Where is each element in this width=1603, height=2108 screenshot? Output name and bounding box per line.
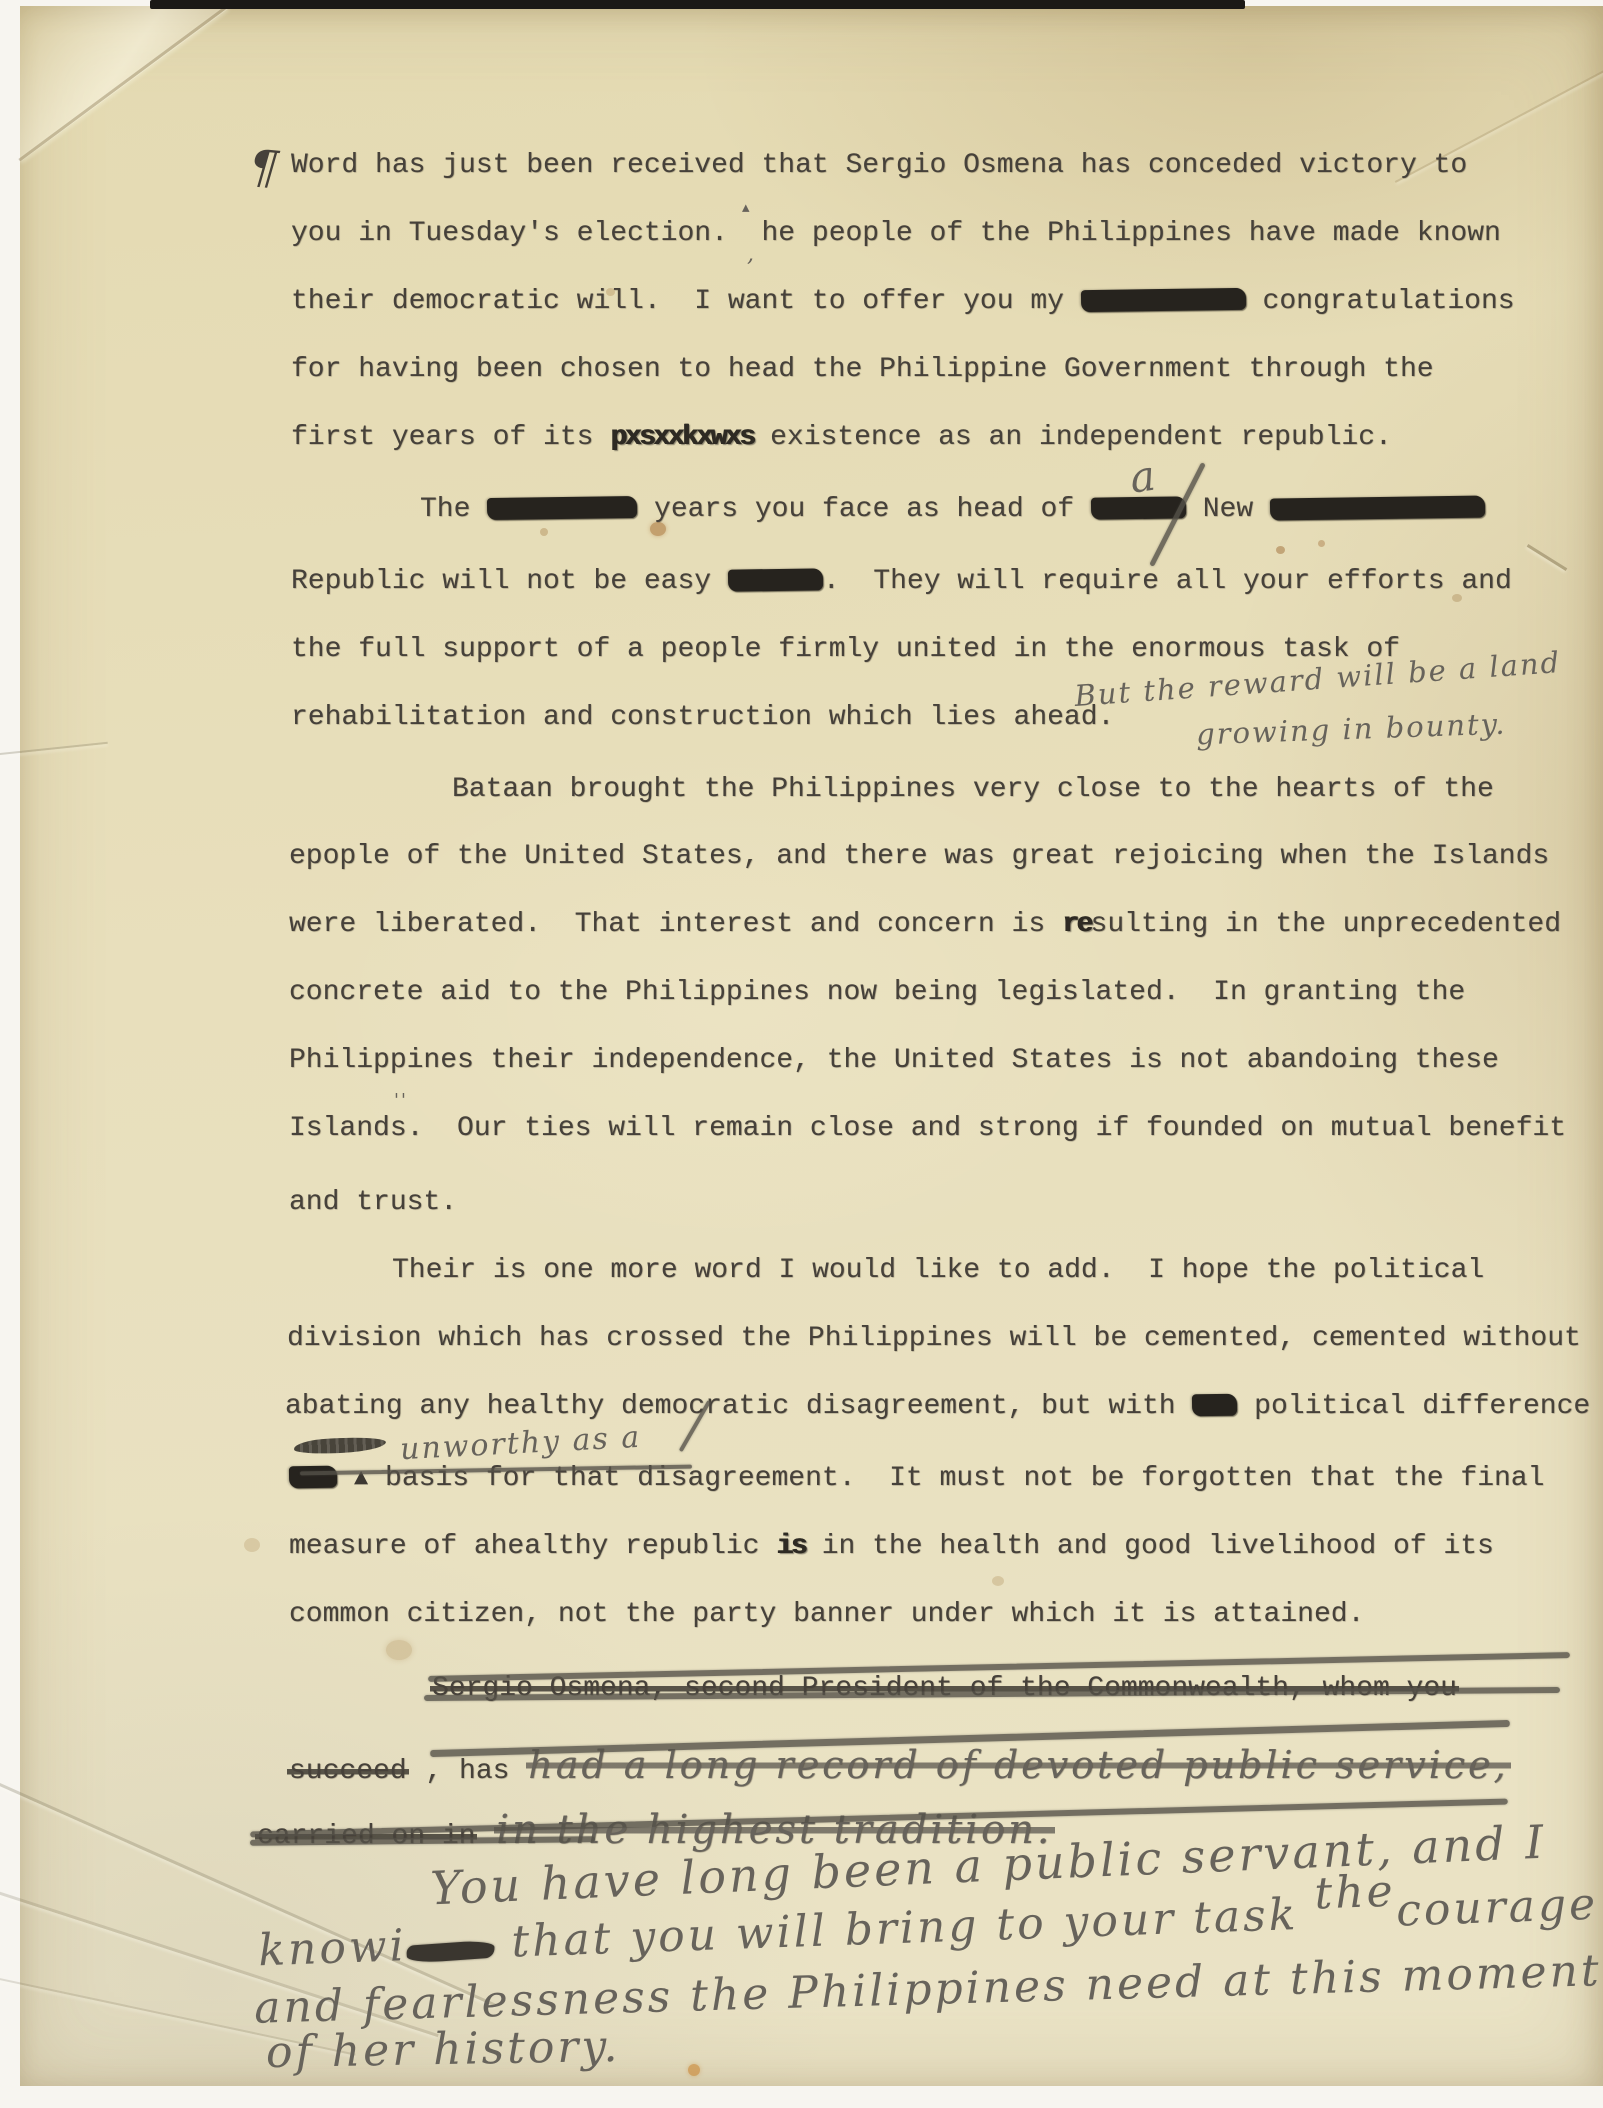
typed-text: and trust. <box>289 1187 457 1218</box>
typed-line: and trust. <box>289 1187 457 1218</box>
handwritten-line: of her history. <box>266 2021 621 2078</box>
typed-text: years you face as head of <box>637 494 1091 525</box>
handwritten-text: knowi <box>258 1920 408 1976</box>
ink-redaction <box>1270 495 1485 520</box>
typed-text: common citizen, not the party banner und… <box>289 1599 1364 1630</box>
typed-line: division which has crossed the Philippin… <box>287 1323 1581 1354</box>
typed-text <box>337 1463 354 1494</box>
handwritten-text: of her history. <box>266 2021 621 2078</box>
typed-text: sulting in the unprecedented <box>1091 909 1561 940</box>
typed-text: congratulations <box>1246 286 1515 317</box>
typed-line: for having been chosen to head the Phili… <box>291 354 1434 385</box>
overtyped-text: is <box>776 1531 805 1562</box>
ink-redaction <box>487 496 637 520</box>
typed-line: Word has just been received that Sergio … <box>291 150 1467 181</box>
typed-text: concrete aid to the Philippines now bein… <box>289 977 1465 1008</box>
typed-text: in the health and good livelihood of its <box>805 1531 1494 1562</box>
typed-line: you in Tuesday's election. he people of … <box>291 218 1501 249</box>
scratched-word <box>294 1436 387 1456</box>
typed-text: epople of the United States, and there w… <box>289 841 1549 872</box>
document-text-layer: Word has just been received that Sergio … <box>0 0 1603 2108</box>
handwritten-superscript: the <box>1314 1866 1397 1920</box>
typed-text: Word has just been received that Sergio … <box>291 150 1467 181</box>
typed-line: measure of ahealthy republic is in the h… <box>289 1531 1494 1562</box>
typed-text: rehabilitation and construction which li… <box>291 702 1114 733</box>
unworthy-insertion: unworthy as a <box>399 1420 642 1468</box>
typed-text: The <box>420 494 487 525</box>
scanned-document-view: { "page": { "kind": "typewritten draft l… <box>0 0 1603 2108</box>
handwritten-text: courage <box>1395 1879 1599 1937</box>
paragraph-mark: ¶ <box>247 139 283 196</box>
typed-text: measure of ahealthy republic <box>289 1531 776 1562</box>
typed-text: Philippines their independence, the Unit… <box>289 1045 1499 1076</box>
typed-line: Bataan brought the Philippines very clos… <box>452 774 1494 805</box>
typed-line: The years you face as head of New <box>420 494 1485 525</box>
ink-redaction <box>289 1466 337 1489</box>
ink-redaction <box>1081 288 1246 312</box>
typed-line: Islands. Our ties will remain close and … <box>289 1113 1566 1144</box>
typed-text: first years of its <box>291 422 610 453</box>
struck-typed-text: succeed <box>287 1756 409 1787</box>
typed-text: political difference <box>1237 1391 1590 1422</box>
typed-text: the full support of a people firmly unit… <box>291 634 1400 665</box>
typed-line: Republic will not be easy . They will re… <box>291 566 1512 597</box>
typed-line: were liberated. That interest and concer… <box>289 909 1561 940</box>
typed-text: Bataan brought the Philippines very clos… <box>452 774 1494 805</box>
quote-ticks: '' <box>394 1090 408 1111</box>
typed-line: first years of its pxsxxkxwxs existence … <box>291 422 1392 453</box>
typed-text: existence as an independent republic. <box>753 422 1392 453</box>
ink-redaction <box>728 568 823 591</box>
typed-text: Islands. Our ties will remain close and … <box>289 1113 1566 1144</box>
reward-note-line2: growing in bounty. <box>1196 707 1507 752</box>
typed-text: New <box>1186 494 1270 525</box>
typed-text: their democratic will. I want to offer y… <box>291 286 1081 317</box>
typed-text: were liberated. That interest and concer… <box>289 909 1062 940</box>
typed-text: Their is one more word I would like to a… <box>392 1255 1484 1286</box>
insert-tick: , <box>747 242 756 267</box>
typed-text: you in Tuesday's election. he people of … <box>291 218 1501 249</box>
typed-text: . They will require all your efforts and <box>823 566 1512 597</box>
typed-line: abating any healthy democratic disagreem… <box>285 1391 1590 1422</box>
typed-line: Philippines their independence, the Unit… <box>289 1045 1499 1076</box>
typed-text: , has <box>409 1756 527 1787</box>
overtyped-text: pxsxxkxwxs <box>610 422 753 453</box>
typed-text: abating any healthy democratic disagreem… <box>285 1391 1192 1422</box>
typed-line: Their is one more word I would like to a… <box>392 1255 1484 1286</box>
typed-line: their democratic will. I want to offer y… <box>291 286 1515 317</box>
typed-text: for having been chosen to head the Phili… <box>291 354 1434 385</box>
typed-text: division which has crossed the Philippin… <box>287 1323 1581 1354</box>
ink-redaction <box>1192 1394 1237 1417</box>
pencil-blot <box>406 1940 495 1964</box>
typed-line: rehabilitation and construction which li… <box>291 702 1114 733</box>
typed-line: concrete aid to the Philippines now bein… <box>289 977 1465 1008</box>
typed-line: common citizen, not the party banner und… <box>289 1599 1364 1630</box>
overtyped-text: re <box>1062 909 1091 940</box>
typed-line: the full support of a people firmly unit… <box>291 634 1400 665</box>
insert-caret: ▴ <box>742 198 752 216</box>
inserted-word-a: a <box>1127 450 1161 502</box>
typed-text: Republic will not be easy <box>291 566 728 597</box>
typed-line: epople of the United States, and there w… <box>289 841 1549 872</box>
